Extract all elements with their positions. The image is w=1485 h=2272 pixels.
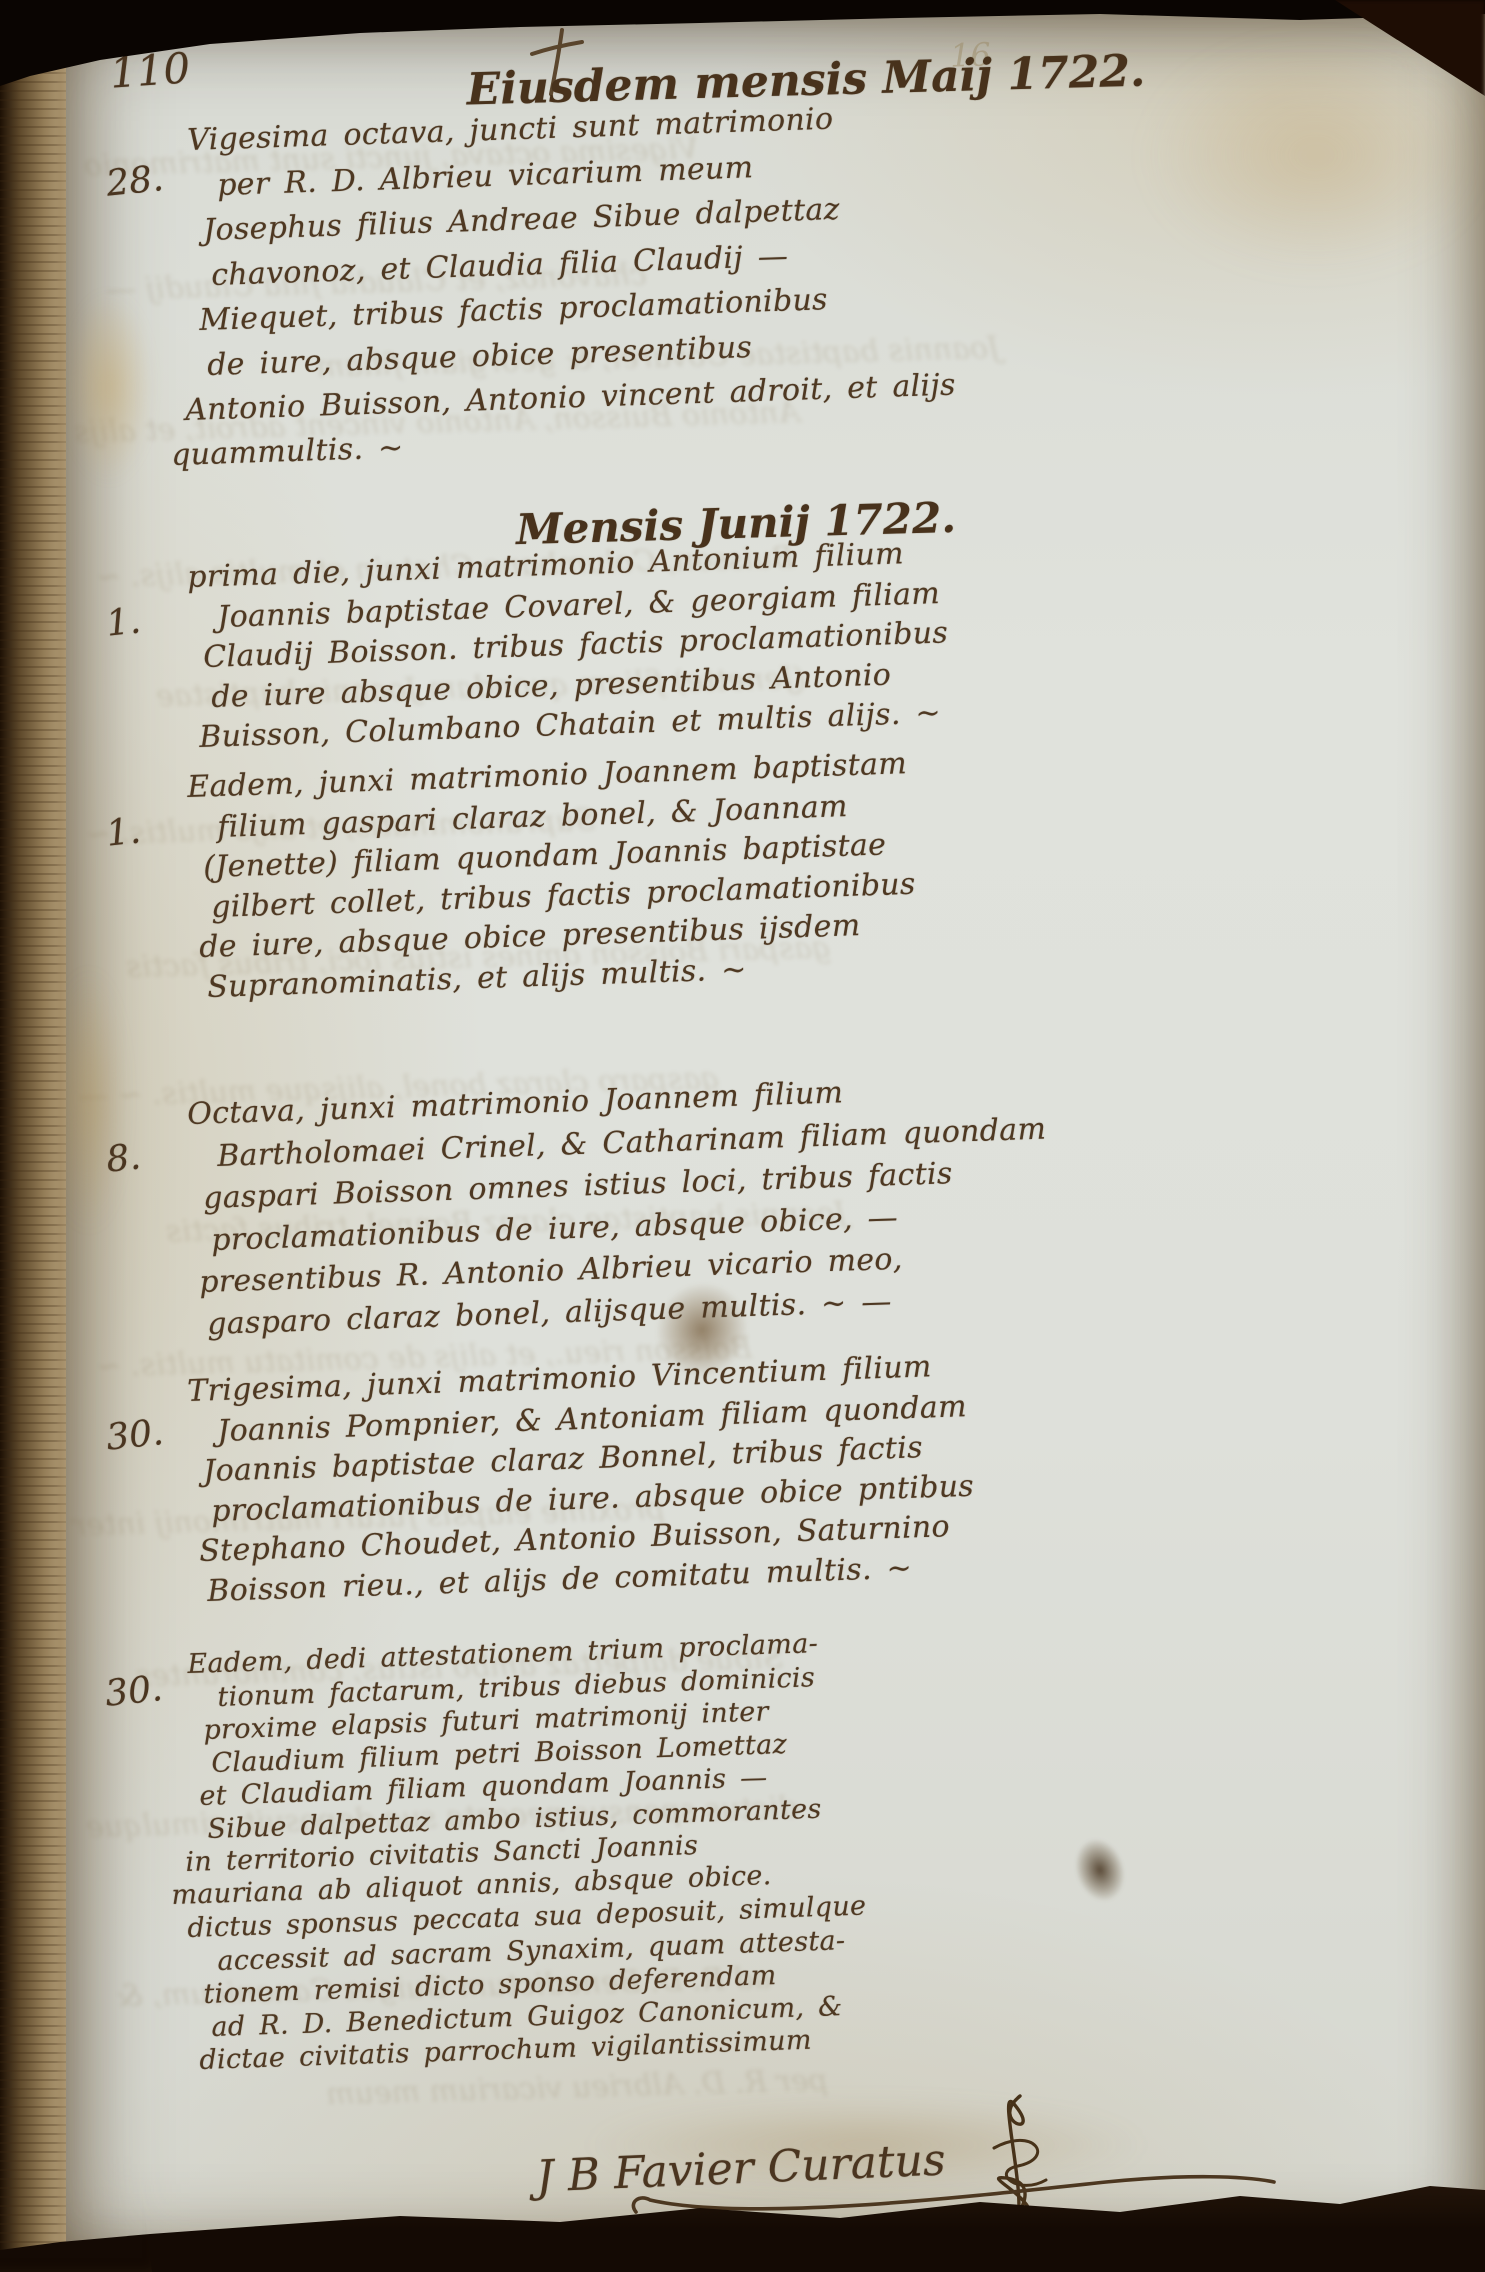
manuscript-photo: Vigesima octava, juncti sunt matrimonioc… <box>0 0 1485 2272</box>
entry-text: prima die, junxi matrimonio Antonium fil… <box>188 558 1476 758</box>
entry-text: Vigesima octava, juncti sunt matrimoniop… <box>188 118 1476 478</box>
entry-text: Eadem, junxi matrimonio Joannem baptista… <box>188 768 1476 1008</box>
entry-text: Octava, junxi matrimonio Joannem filiumB… <box>188 1094 1476 1346</box>
entry-day-number: 30. <box>92 1367 192 1459</box>
entry-day-number: 1. <box>92 763 192 855</box>
register-entry: 28.Vigesima octava, juncti sunt matrimon… <box>96 118 1476 478</box>
register-entries: Eiusdem mensis Maij 1722.28.Vigesima oct… <box>96 52 1476 2091</box>
register-page: Vigesima octava, juncti sunt matrimonioc… <box>66 10 1485 2262</box>
register-entry: 1.prima die, junxi matrimonio Antonium f… <box>96 558 1476 758</box>
entry-text: Eadem, dedi attestationem trium proclama… <box>188 1648 1476 2077</box>
register-entry: 1.Eadem, junxi matrimonio Joannem baptis… <box>96 768 1476 1008</box>
entry-day-number: 30. <box>93 1643 191 1715</box>
register-entry: 30.Eadem, dedi attestationem trium procl… <box>96 1648 1476 2077</box>
register-entry: 8.Octava, junxi matrimonio Joannem filiu… <box>96 1094 1476 1346</box>
entry-day-number: 1. <box>92 553 192 645</box>
entry-text: Trigesima, junxi matrimonio Vincentium f… <box>188 1372 1476 1612</box>
entry-day-number: 28. <box>92 113 192 205</box>
register-entry: 30.Trigesima, junxi matrimonio Vincentiu… <box>96 1372 1476 1612</box>
entry-day-number: 8. <box>92 1089 192 1181</box>
